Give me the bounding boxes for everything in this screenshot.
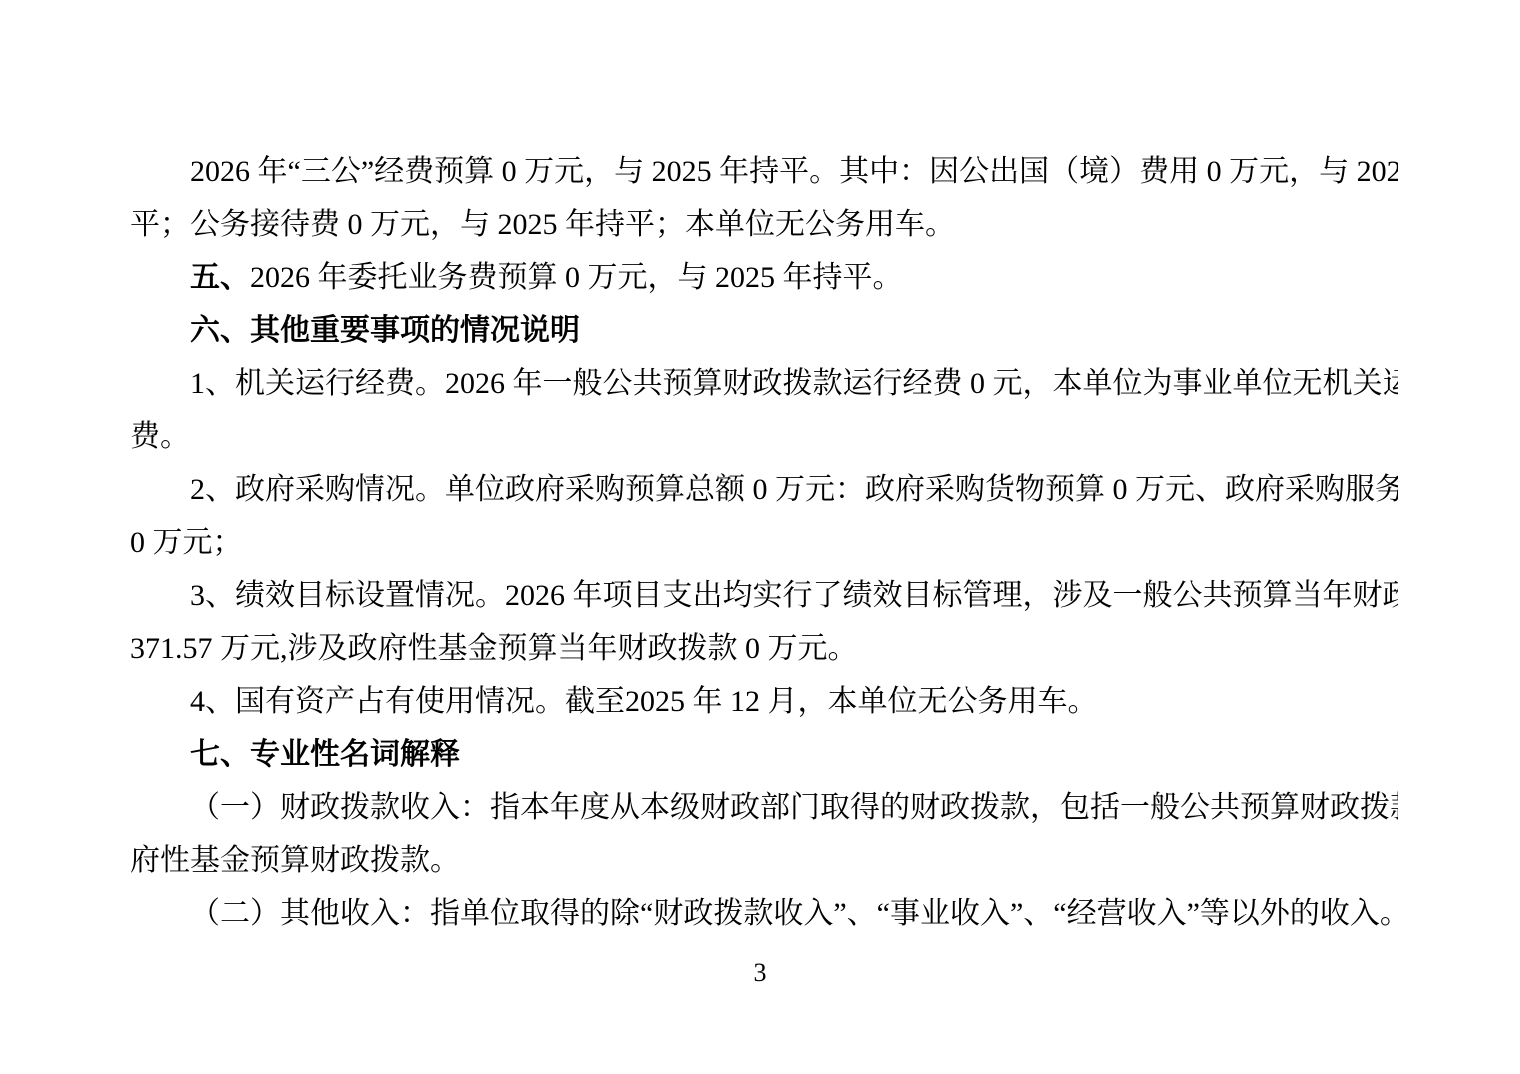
document-page: 2026 年“三公”经费预算 0 万元，与 2025 年持平。其中：因公出国（境…	[0, 0, 1520, 1074]
paragraph-operating-expense-line-1: 1、机关运行经费。2026 年一般公共预算财政拨款运行经费 0 元，本单位为事业…	[130, 357, 1398, 410]
paragraph-term-two: （二）其他收入：指单位取得的除“财政拨款收入”、“事业收入”、“经营收入”等以外…	[130, 887, 1398, 940]
item-five-text: 2026 年委托业务费预算 0 万元，与 2025 年持平。	[250, 261, 903, 294]
paragraph-procurement-line-1: 2、政府采购情况。单位政府采购预算总额 0 万元：政府采购货物预算 0 万元、政…	[130, 463, 1398, 516]
paragraph-term-one-line-1: （一）财政拨款收入：指本年度从本级财政部门取得的财政拨款，包括一般公共预算财政拨…	[130, 781, 1398, 834]
paragraph-item-five: 五、2026 年委托业务费预算 0 万元，与 2025 年持平。	[130, 251, 1398, 304]
paragraph-term-one-line-2: 府性基金预算财政拨款。	[130, 834, 1398, 887]
paragraph-sangong-line-1: 2026 年“三公”经费预算 0 万元，与 2025 年持平。其中：因公出国（境…	[130, 145, 1398, 198]
paragraph-operating-expense-line-2: 费。	[130, 410, 1398, 463]
paragraph-performance-goal-line-2: 371.57 万元,涉及政府性基金预算当年财政拨款 0 万元。	[130, 622, 1398, 675]
section-heading-seven: 七、专业性名词解释	[130, 728, 1398, 781]
section-heading-six: 六、其他重要事项的情况说明	[130, 304, 1398, 357]
item-five-label: 五、	[190, 261, 250, 294]
paragraph-state-assets: 4、国有资产占有使用情况。截至2025 年 12 月，本单位无公务用车。	[130, 675, 1398, 728]
paragraph-procurement-line-2: 0 万元；	[130, 516, 1398, 569]
paragraph-sangong-line-2: 平；公务接待费 0 万元，与 2025 年持平；本单位无公务用车。	[130, 198, 1398, 251]
page-number: 3	[0, 958, 1520, 988]
document-content: 2026 年“三公”经费预算 0 万元，与 2025 年持平。其中：因公出国（境…	[130, 145, 1398, 940]
paragraph-performance-goal-line-1: 3、绩效目标设置情况。2026 年项目支出均实行了绩效目标管理，涉及一般公共预算…	[130, 569, 1398, 622]
